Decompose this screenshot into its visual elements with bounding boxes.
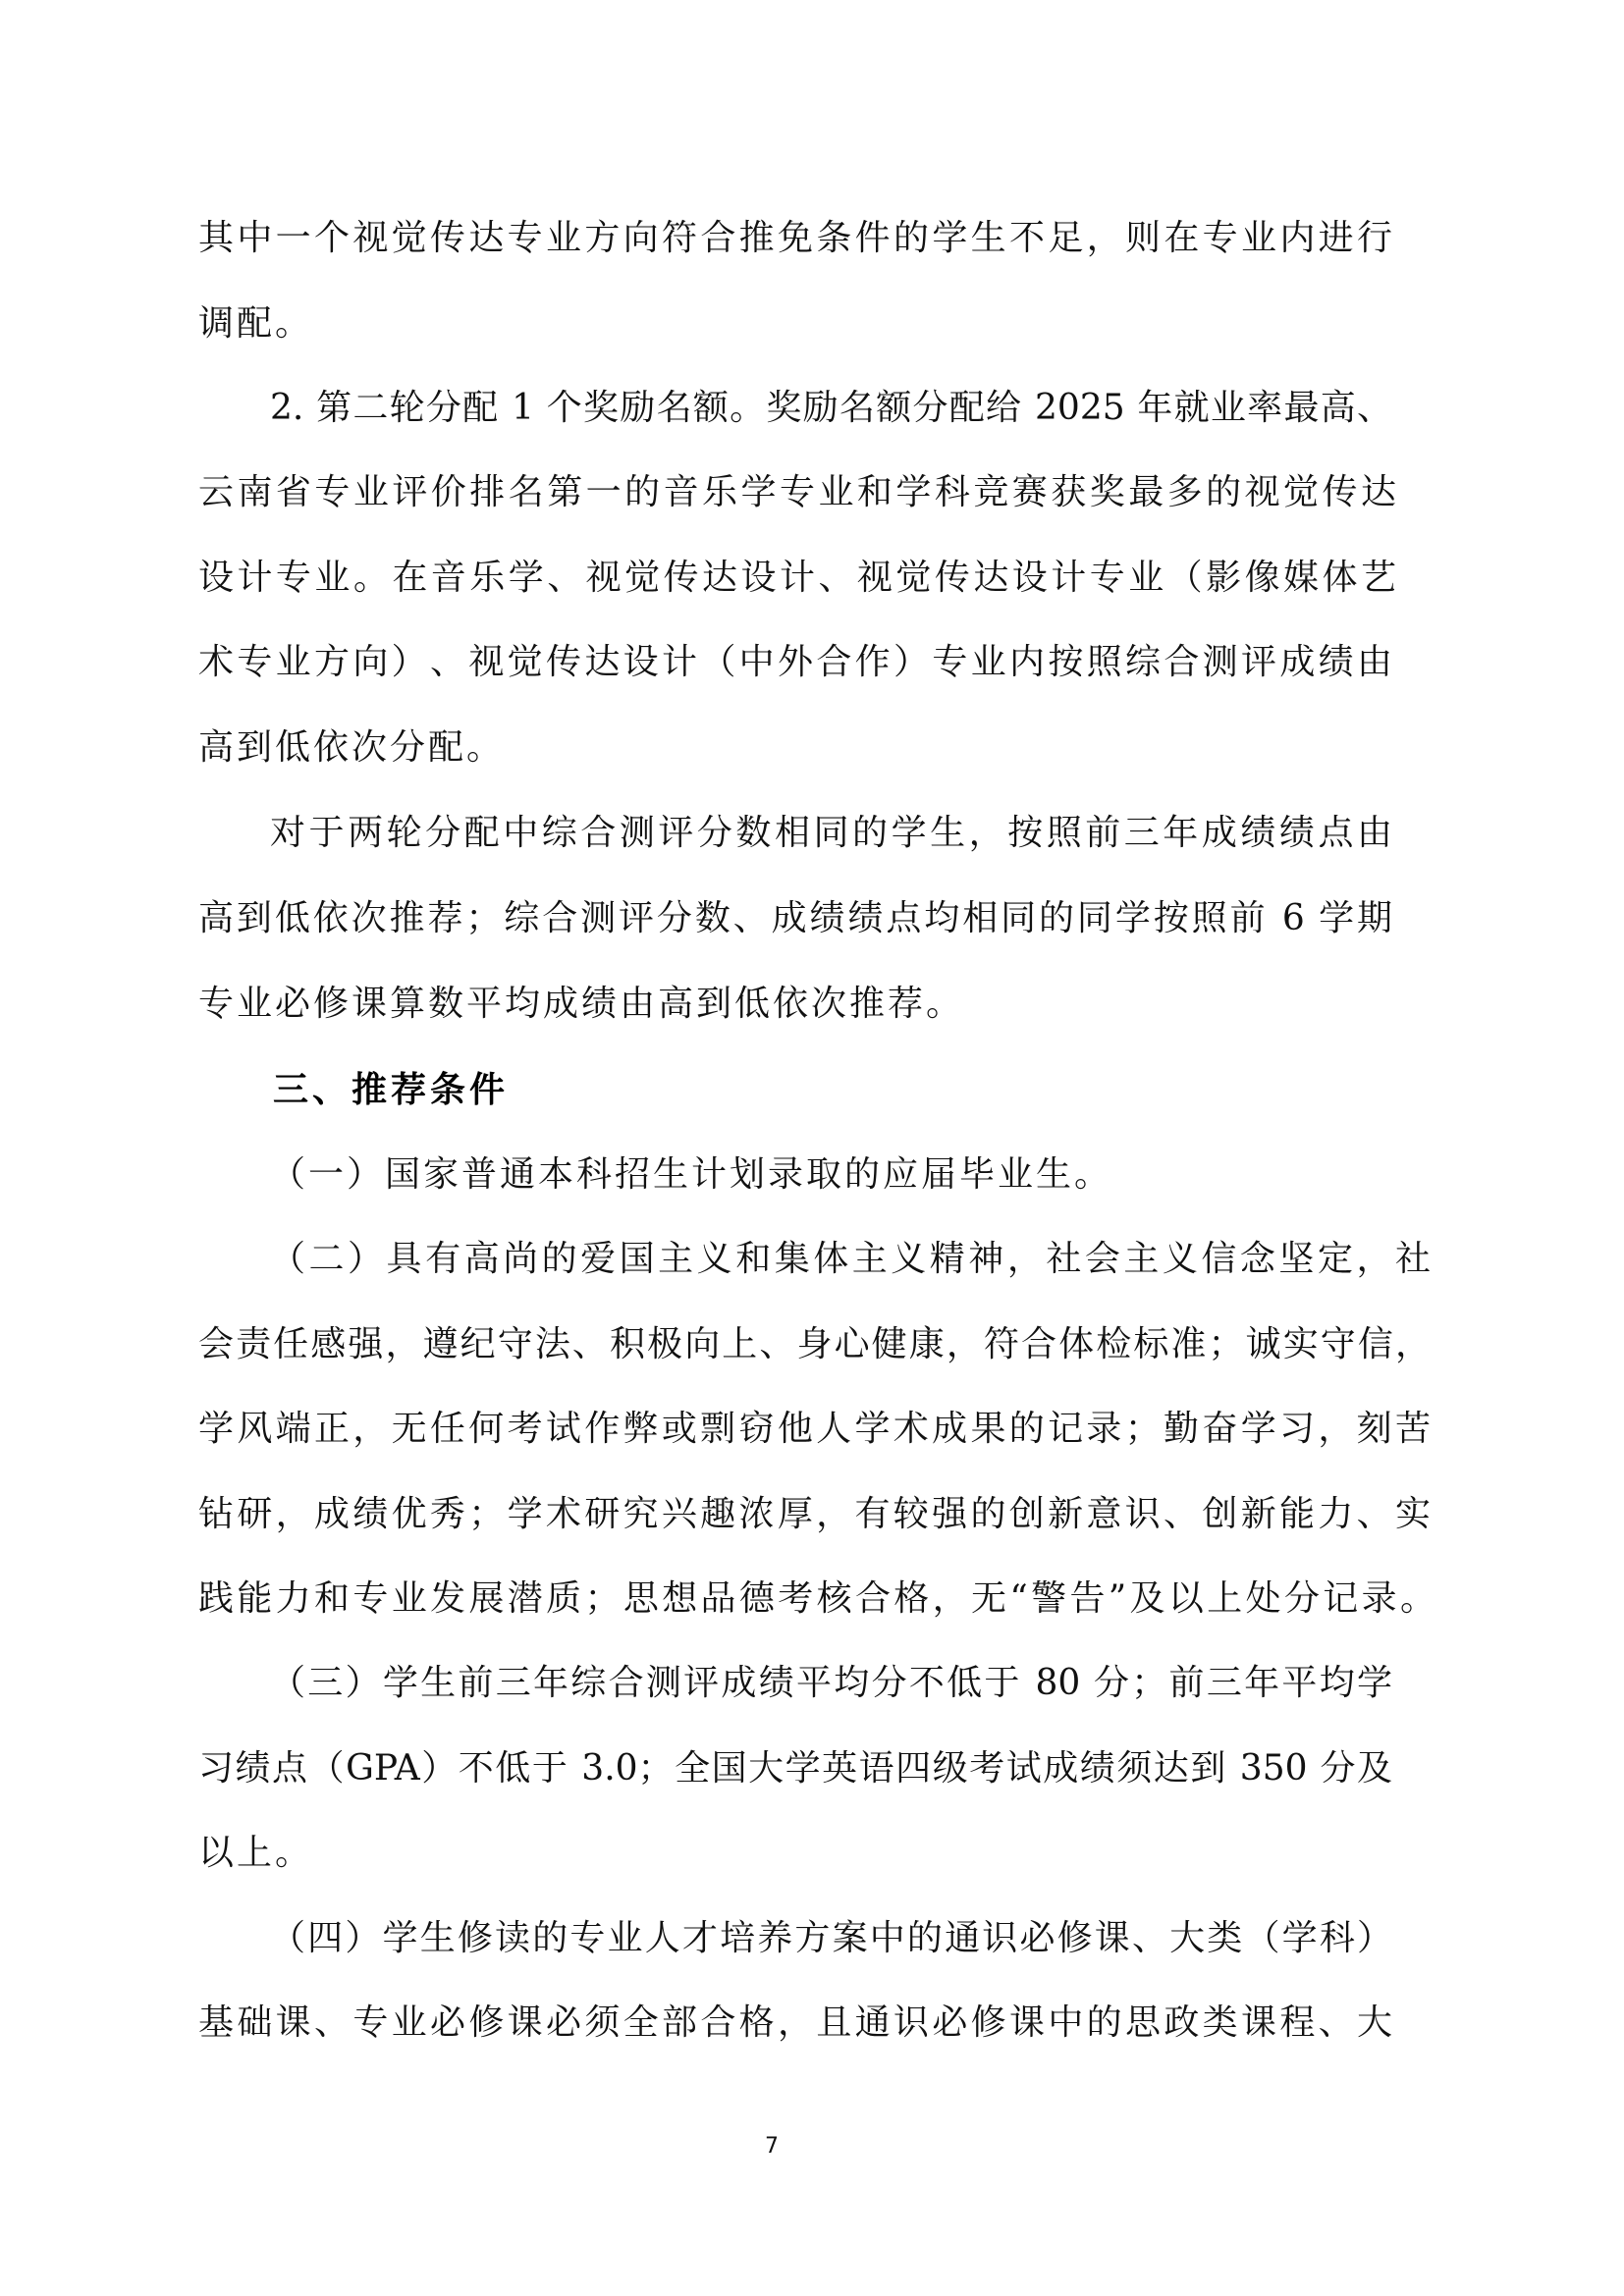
paragraph-line: （​二​）​具​有​高​尚​的​爱​国​主​义​和​集​体​主​义​精​神​，​… bbox=[270, 1240, 1431, 1279]
paragraph-line: 会​责​任​感​强​，​遵​纪​守​法​、​积​极​向​上​、​身​心​健​康​… bbox=[198, 1325, 1431, 1364]
paragraph-line: 术​专​业​方​向​）​、​视​觉​传​达​设​计​（​中​外​合​作​）​专​… bbox=[198, 643, 1392, 682]
paragraph-line: 钻​研​，​成​绩​优​秀​；​学​术​研​究​兴​趣​浓​厚​，​有​较​强​… bbox=[198, 1495, 1431, 1534]
document-page: 其​中​一​个​视​觉​传​达​专​业​方​向​符​合​推​免​条​件​的​学​… bbox=[0, 0, 1624, 2296]
paragraph-line: 高到低依次分配。 bbox=[198, 728, 505, 768]
paragraph-line: （​四​）​学​生​修​读​的​专​业​人​才​培​养​方​案​中​的​通​识​… bbox=[270, 1919, 1392, 1958]
section-heading: 三、推荐条件 bbox=[273, 1070, 509, 1109]
paragraph-line: 以上。 bbox=[198, 1834, 313, 1873]
paragraph-line: 设​计​专​业​。​在​音​乐​学​、​视​觉​传​达​设​计​、​视​觉​传​… bbox=[198, 559, 1396, 598]
paragraph-line: 调配。 bbox=[198, 304, 313, 344]
paragraph-line: （​三​）​学​生​前​三​年​综​合​测​评​成​绩​平​均​分​不​低​于​… bbox=[270, 1664, 1392, 1703]
paragraph-line: 对​于​两​轮​分​配​中​综​合​测​评​分​数​相​同​的​学​生​，​按​… bbox=[270, 814, 1392, 853]
paragraph-line: 云​南​省​专​业​评​价​排​名​第​一​的​音​乐​学​专​业​和​学​科​… bbox=[198, 473, 1396, 512]
page-number: 7 bbox=[752, 2134, 791, 2160]
paragraph-line: 高​到​低​依​次​推​荐​；​综​合​测​评​分​数​、​成​绩​绩​点​均​… bbox=[198, 899, 1392, 938]
paragraph-line: 专业必修课算数平均成绩由高到低依次推荐。 bbox=[198, 985, 964, 1024]
paragraph-line: 2​.​ ​第​二​轮​分​配​ ​1​ ​个​奖​励​名​额​。​奖​励​名​… bbox=[270, 389, 1392, 428]
paragraph-line: 学​风​端​正​，​无​任​何​考​试​作​弊​或​剽​窃​他​人​学​术​成​… bbox=[198, 1410, 1431, 1449]
paragraph-line: 习​绩​点​（​G​P​A​）​不​低​于​ ​3​.​0​；​全​国​大​学​… bbox=[198, 1749, 1392, 1789]
paragraph-line: （一）国家普通本科招生计划录取的应届毕业生。 bbox=[270, 1155, 1112, 1195]
paragraph-line: 践​能​力​和​专​业​发​展​潜​质​；​思​想​品​德​考​核​合​格​，​… bbox=[198, 1579, 1435, 1619]
paragraph-line: 其​中​一​个​视​觉​传​达​专​业​方​向​符​合​推​免​条​件​的​学​… bbox=[198, 219, 1392, 258]
paragraph-line: 基​础​课​、​专​业​必​修​课​必​须​全​部​合​格​，​且​通​识​必​… bbox=[198, 2003, 1392, 2043]
